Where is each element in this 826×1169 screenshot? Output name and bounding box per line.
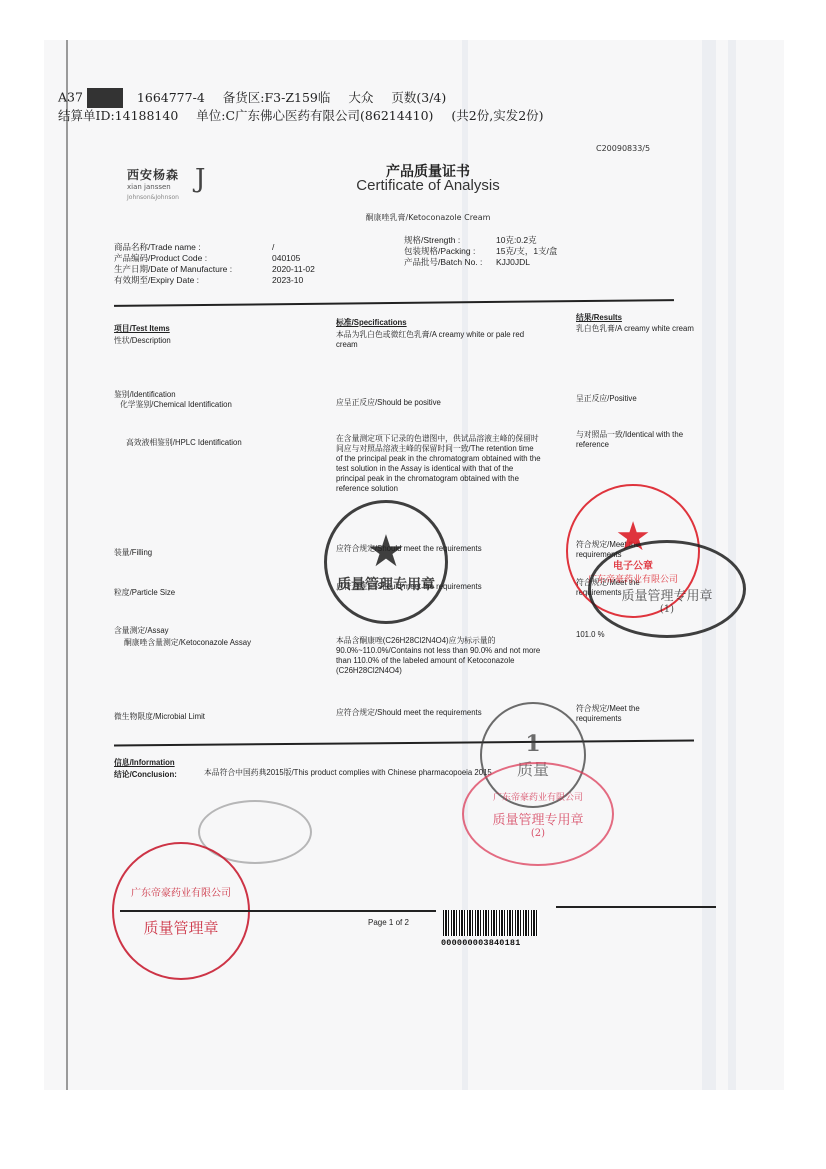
barcode xyxy=(443,910,539,936)
conclusion-text: 本品符合中国药典2015版/This product complies with… xyxy=(204,768,504,778)
footer-line-right xyxy=(556,906,716,908)
meta-label: 包装规格/Packing : xyxy=(404,246,496,257)
result-hplc-id: 与对照品一致/Identical with the reference xyxy=(576,430,696,450)
meta-value: / xyxy=(272,242,274,253)
result-chemical-id: 呈正反应/Positive xyxy=(576,394,637,404)
item-hplc-id: 高效液相鉴别/HPLC Identification xyxy=(126,438,242,448)
meta-right: 规格/Strength :10克:0.2克 包装规格/Packing :15克/… xyxy=(404,235,557,268)
header-results: 结果/Results xyxy=(576,313,622,323)
result-microbial-limit: 符合规定/Meet the requirements xyxy=(576,704,676,724)
result-description: 乳白色乳膏/A creamy white cream xyxy=(576,324,696,334)
spec-particle-size: 应符合规定/Should meet the requirements xyxy=(336,582,482,592)
result-filling: 符合规定/Meet the requirements xyxy=(576,540,646,560)
meta-label: 产品批号/Batch No. : xyxy=(404,257,496,268)
item-chemical-id: 化学鉴别/Chemical Identification xyxy=(120,400,232,410)
category: 大众 xyxy=(348,90,373,105)
redaction-block xyxy=(87,88,123,108)
scan-artifact xyxy=(728,40,736,1090)
meta-value: KJJ0JDL xyxy=(496,257,530,268)
spec-microbial-limit: 应符合规定/Should meet the requirements xyxy=(336,708,482,718)
spec-chemical-id: 应呈正反应/Should be positive xyxy=(336,398,441,408)
conclusion-label: 结论/Conclusion: xyxy=(114,770,177,780)
page-number: Page 1 of 2 xyxy=(368,918,409,927)
document-code: C20090833/5 xyxy=(596,144,650,153)
meta-label: 有效期至/Expiry Date : xyxy=(114,275,272,286)
result-particle-size: 符合规定/Meet the requirements xyxy=(576,578,646,598)
stock-area: 备货区:F3-Z159临 xyxy=(223,90,331,105)
spec-description: 本品为乳白色或微红色乳膏/A creamy white or pale red … xyxy=(336,330,542,350)
meta-value: 10克:0.2克 xyxy=(496,235,537,246)
spec-filling: 应符合规定/Should meet the requirements xyxy=(336,544,482,554)
meta-value: 2023-10 xyxy=(272,275,303,286)
distributor-header: A37 1664777-4 备货区:F3-Z159临 大众 页数(3/4) 结算… xyxy=(58,88,558,124)
barcode-number: 000000003840181 xyxy=(441,938,521,948)
copies-info: (共2份,实发2份) xyxy=(451,108,543,123)
settlement-id: 结算单ID:14188140 xyxy=(58,108,178,123)
meta-label: 规格/Strength : xyxy=(404,235,496,246)
meta-label: 商品名称/Trade name : xyxy=(114,242,272,253)
meta-left: 商品名称/Trade name :/ 产品编码/Product Code :04… xyxy=(114,242,315,286)
product-name: 酮康唑乳膏/Ketoconazole Cream xyxy=(0,212,826,223)
item-identification: 鉴别/Identification xyxy=(114,390,176,400)
unit-name: 单位:C广东佛心医药有限公司(86214410) xyxy=(196,108,433,123)
title-en: Certificate of Analysis xyxy=(0,177,826,194)
scan-edge-line xyxy=(66,40,68,1090)
spec-hplc-id: 在含量测定项下记录的色谱图中，供试品溶液主峰的保留时间应与对照品溶液主峰的保留时… xyxy=(336,434,542,494)
meta-label: 生产日期/Date of Manufacture : xyxy=(114,264,272,275)
header-specifications: 标准/Specifications xyxy=(336,318,407,328)
result-ketoconazole-assay: 101.0 % xyxy=(576,630,605,640)
item-particle-size: 粒度/Particle Size xyxy=(114,588,175,598)
item-description: 性状/Description xyxy=(114,336,171,346)
information-heading: 信息/Information xyxy=(114,758,175,768)
item-assay: 含量测定/Assay xyxy=(114,626,169,636)
header-code: A37 xyxy=(58,90,83,105)
item-ketoconazole-assay: 酮康唑含量测定/Ketoconazole Assay xyxy=(124,638,251,648)
item-microbial-limit: 微生物限度/Microbial Limit xyxy=(114,712,205,722)
meta-value: 040105 xyxy=(272,253,300,264)
footer-line-left xyxy=(120,910,436,912)
logo-sub: Johnson&Johnson xyxy=(127,194,179,201)
scan-artifact xyxy=(702,40,716,1090)
spec-ketoconazole-assay: 本品含酮康唑(C26H28Cl2N4O4)应为标示量的90.0%~110.0%/… xyxy=(336,636,542,676)
page-count: 页数(3/4) xyxy=(391,90,446,105)
header-test-items: 项目/Test Items xyxy=(114,324,170,334)
order-number: 1664777-4 xyxy=(137,90,205,105)
meta-value: 2020-11-02 xyxy=(272,264,315,275)
item-filling: 装量/Filling xyxy=(114,548,152,558)
meta-label: 产品编码/Product Code : xyxy=(114,253,272,264)
meta-value: 15克/支，1支/盒 xyxy=(496,246,557,257)
